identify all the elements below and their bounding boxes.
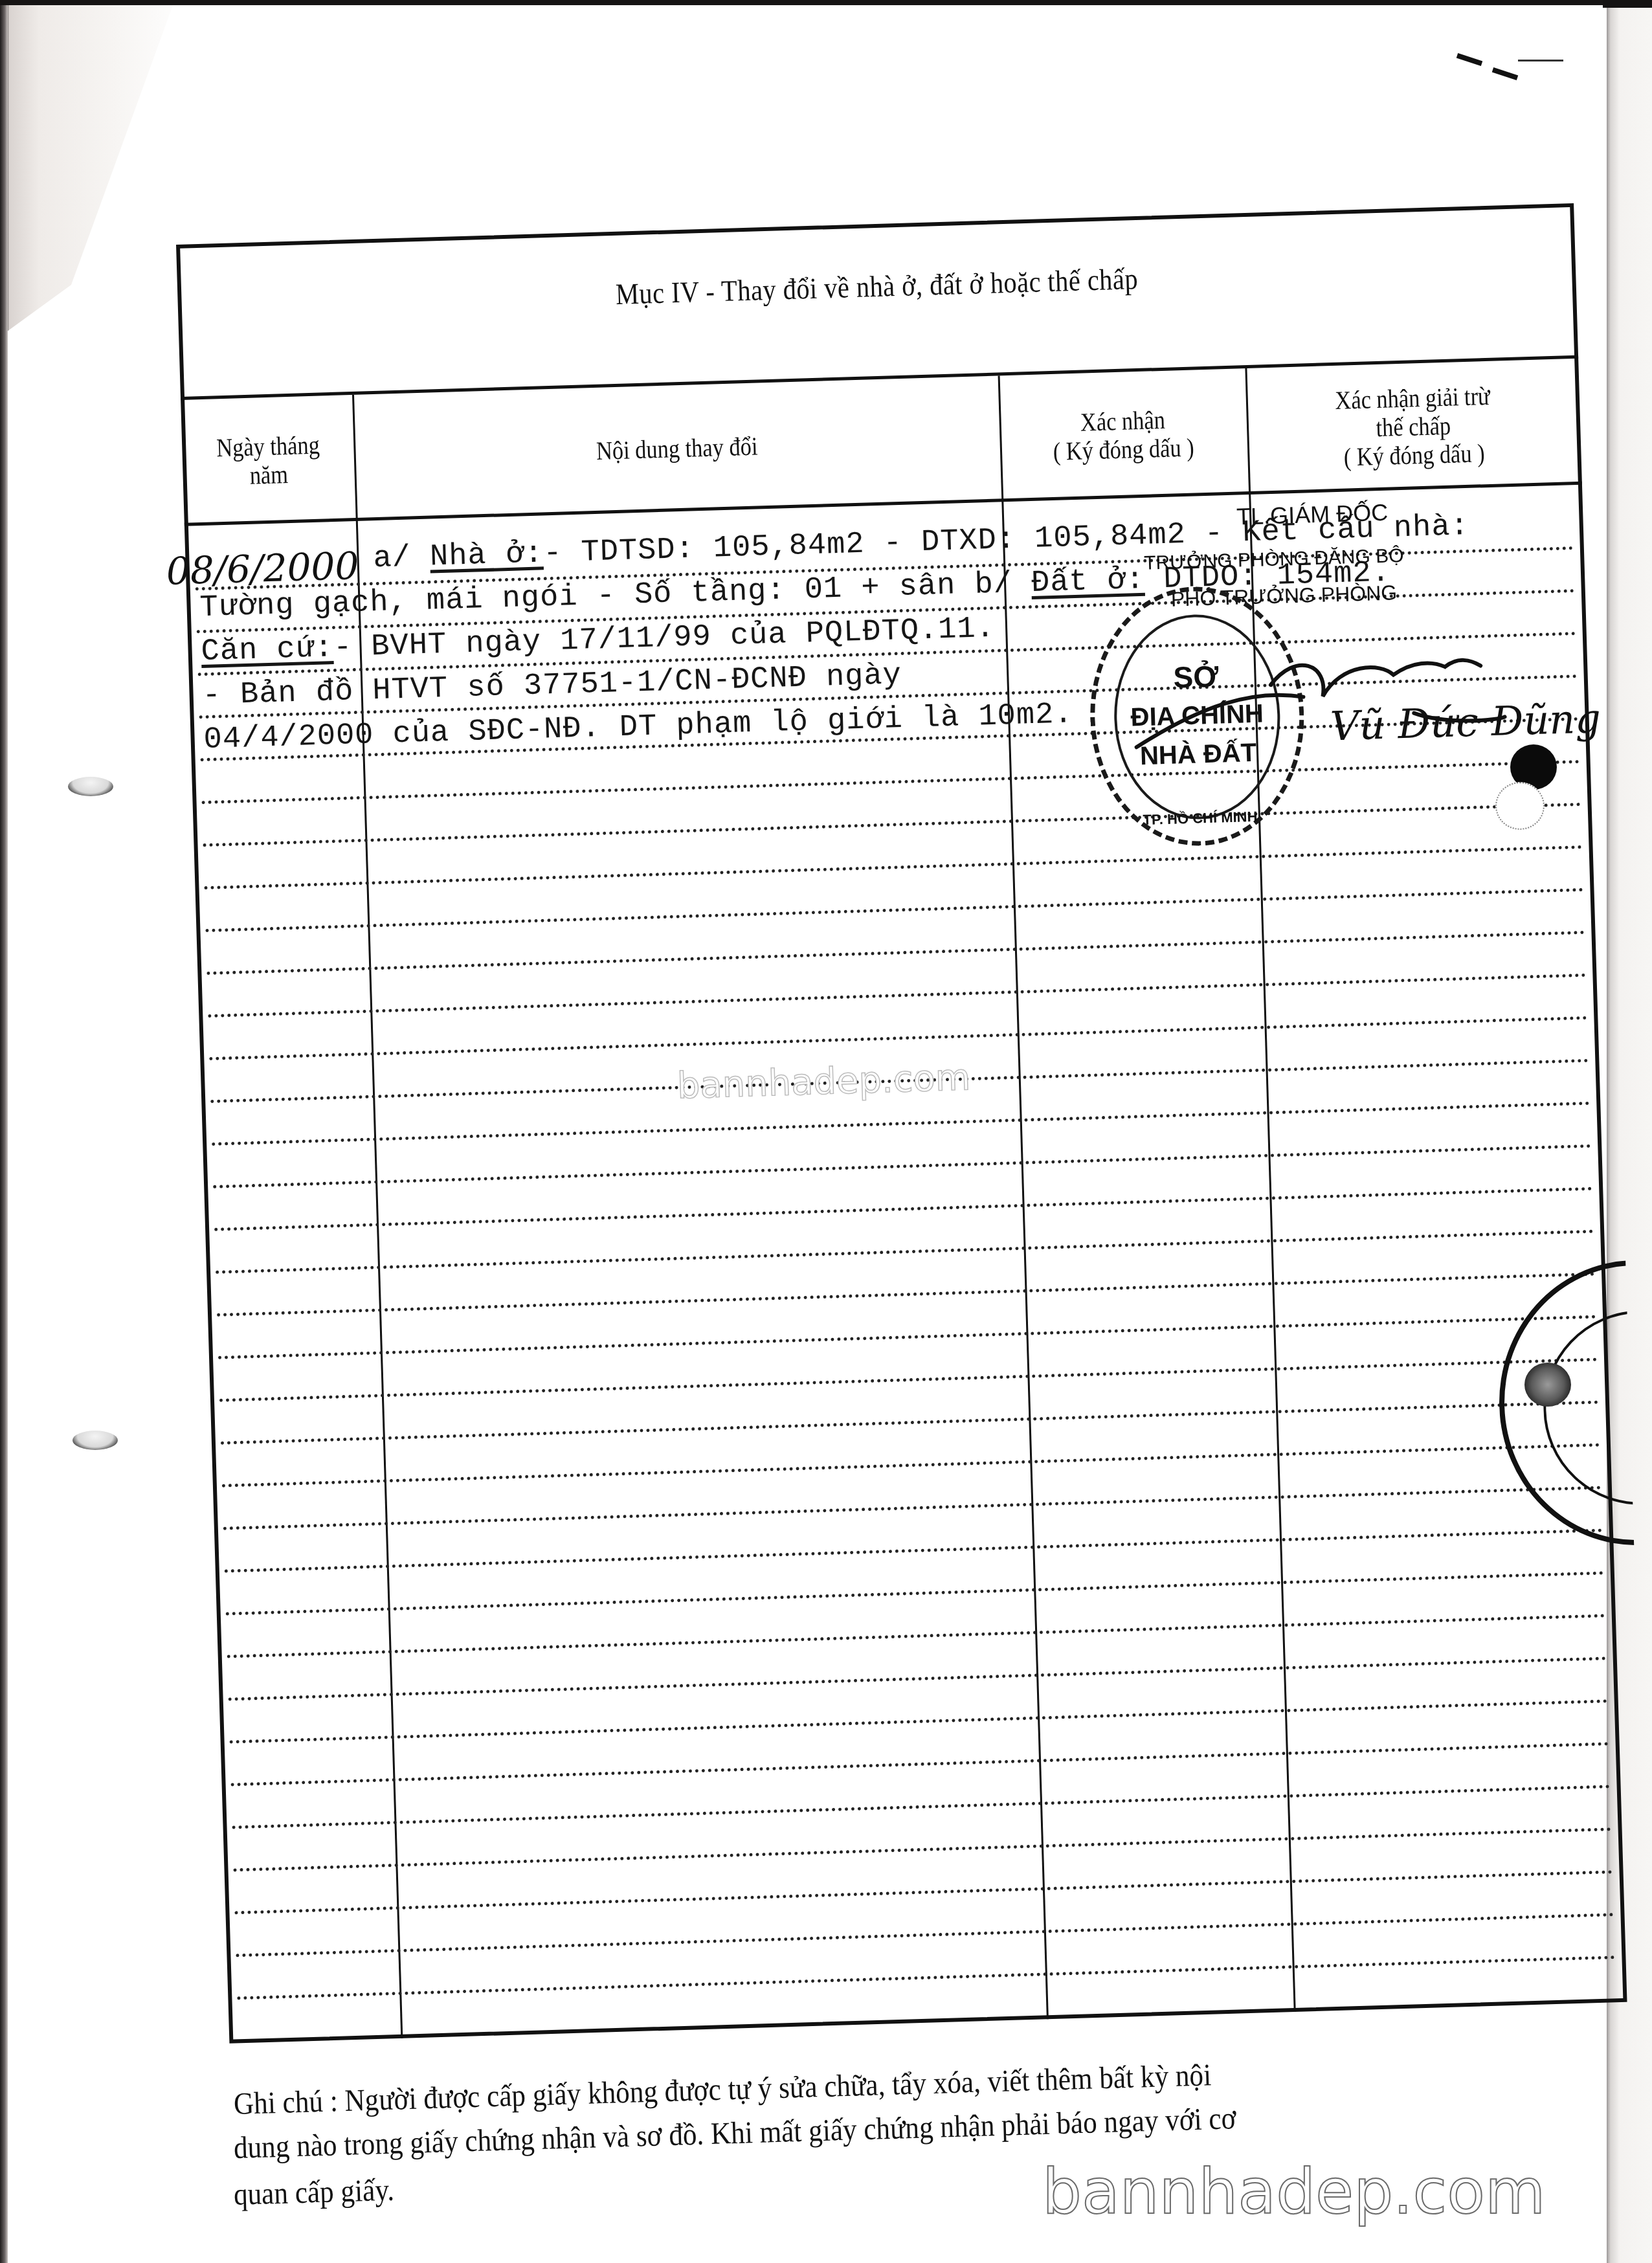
- column-header-content: Nội dung thay đổi: [352, 375, 1001, 521]
- form-table: Mục IV - Thay đổi về nhà ở, đất ở hoặc t…: [176, 203, 1627, 2044]
- scan-mark: [1457, 53, 1483, 66]
- section-title: Mục IV - Thay đổi về nhà ở, đất ở hoặc t…: [262, 251, 1493, 322]
- punch-hole-icon: [73, 1431, 118, 1450]
- binder-hole-icon: [1524, 1363, 1571, 1407]
- entry-underlined: Đất ở:: [1031, 563, 1145, 601]
- binder-hole-icon: [1495, 782, 1545, 830]
- column-header-mortgage-release: Xác nhận giải trừthế chấp( Ký đóng dấu ): [1245, 359, 1582, 495]
- signer-name: Vũ Đức Dũng: [1330, 695, 1602, 750]
- header-line: Nội dung thay đổi: [596, 432, 758, 465]
- entry-underlined: Căn cứ:: [201, 631, 334, 669]
- header-line: Xác nhận giải trừ: [1335, 381, 1490, 414]
- header-line: ( Ký đóng dấu ): [1337, 438, 1492, 471]
- entry-text: a/: [373, 541, 430, 577]
- punch-hole-icon: [68, 777, 113, 796]
- scan-top-edge: [0, 0, 1652, 5]
- scan-left-shadow: [0, 0, 194, 2263]
- column-header-date: Ngày thángnăm: [181, 395, 356, 526]
- header-line: năm: [217, 459, 321, 491]
- watermark-center: bannhadep.com: [676, 1056, 971, 1107]
- scan-right-edge-top: [1603, 0, 1652, 8]
- scan-mark: [1492, 67, 1519, 80]
- column-header-confirmation: Xác nhận( Ký đóng dấu ): [998, 368, 1249, 502]
- header-line: ( Ký đóng dấu ): [1053, 433, 1195, 465]
- watermark-bottom: bannhadep.com: [1042, 2156, 1546, 2228]
- scan-mark: [1518, 60, 1563, 61]
- signer-title-1: TL.GIÁM ĐỐC: [1236, 499, 1389, 531]
- header-line: Ngày tháng: [216, 430, 320, 462]
- entry-date: 08/6/2000: [166, 544, 359, 594]
- header-line: Xác nhận: [1052, 405, 1194, 437]
- scan-left-edge: [0, 0, 8, 2263]
- entry-underlined: Nhà ở:: [429, 537, 544, 574]
